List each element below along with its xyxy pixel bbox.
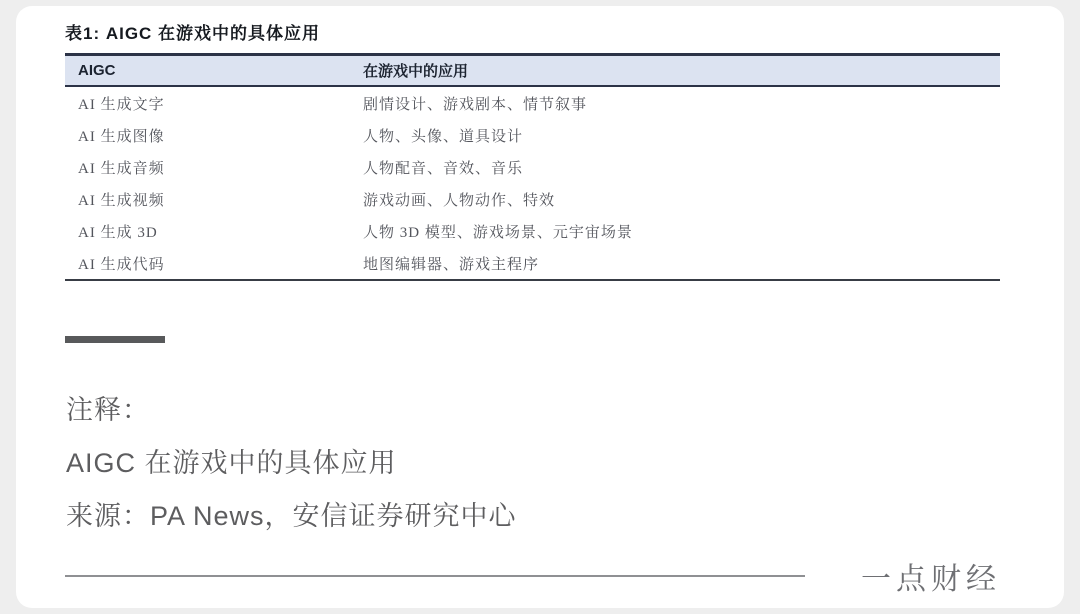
article-card: 表1: AIGC 在游戏中的具体应用 AIGC 在游戏中的应用 AI 生成文字 … xyxy=(16,6,1064,608)
table-cell-application: 剧情设计、游戏剧本、情节叙事 xyxy=(350,93,1000,114)
table-row: AI 生成图像 人物、头像、道具设计 xyxy=(65,119,1000,151)
note-caption: AIGC 在游戏中的具体应用 xyxy=(66,437,517,490)
table-cell-application: 游戏动画、人物动作、特效 xyxy=(350,189,1000,210)
table-row: AI 生成文字 剧情设计、游戏剧本、情节叙事 xyxy=(65,87,1000,119)
notes-block: 注释： AIGC 在游戏中的具体应用 来源：PA News，安信证券研究中心 xyxy=(66,384,517,543)
brand-logo-text: 一点财经 xyxy=(861,554,1001,598)
table-cell-application: 人物配音、音效、音乐 xyxy=(350,157,1000,178)
table-cell-aigc: AI 生成视频 xyxy=(65,189,350,210)
footer-divider-line xyxy=(65,575,805,577)
table-row: AI 生成音频 人物配音、音效、音乐 xyxy=(65,151,1000,183)
table-header-row: AIGC 在游戏中的应用 xyxy=(65,53,1000,87)
table-body: AI 生成文字 剧情设计、游戏剧本、情节叙事 AI 生成图像 人物、头像、道具设… xyxy=(65,87,1000,281)
table-section: 表1: AIGC 在游戏中的具体应用 AIGC 在游戏中的应用 AI 生成文字 … xyxy=(65,19,1000,281)
table-cell-application: 人物 3D 模型、游戏场景、元宇宙场景 xyxy=(350,221,1000,242)
section-divider-bar xyxy=(65,336,165,343)
table-cell-aigc: AI 生成文字 xyxy=(65,93,350,114)
table-cell-aigc: AI 生成音频 xyxy=(65,157,350,178)
table-title: 表1: AIGC 在游戏中的具体应用 xyxy=(65,19,1000,44)
table-cell-application: 人物、头像、道具设计 xyxy=(350,125,1000,146)
table-cell-aigc: AI 生成代码 xyxy=(65,253,350,274)
table-row: AI 生成视频 游戏动画、人物动作、特效 xyxy=(65,183,1000,215)
table-row: AI 生成代码 地图编辑器、游戏主程序 xyxy=(65,247,1000,279)
column-header-aigc: AIGC xyxy=(65,62,350,79)
note-source: 来源：PA News，安信证券研究中心 xyxy=(66,490,517,543)
table-row: AI 生成 3D 人物 3D 模型、游戏场景、元宇宙场景 xyxy=(65,215,1000,247)
table-cell-application: 地图编辑器、游戏主程序 xyxy=(350,253,1000,274)
table-cell-aigc: AI 生成图像 xyxy=(65,125,350,146)
note-label: 注释： xyxy=(66,384,517,437)
table-cell-aigc: AI 生成 3D xyxy=(65,221,350,242)
footer: 一点财经 xyxy=(65,554,1001,598)
aigc-applications-table: AIGC 在游戏中的应用 AI 生成文字 剧情设计、游戏剧本、情节叙事 AI 生… xyxy=(65,53,1000,281)
column-header-application: 在游戏中的应用 xyxy=(350,60,1000,81)
